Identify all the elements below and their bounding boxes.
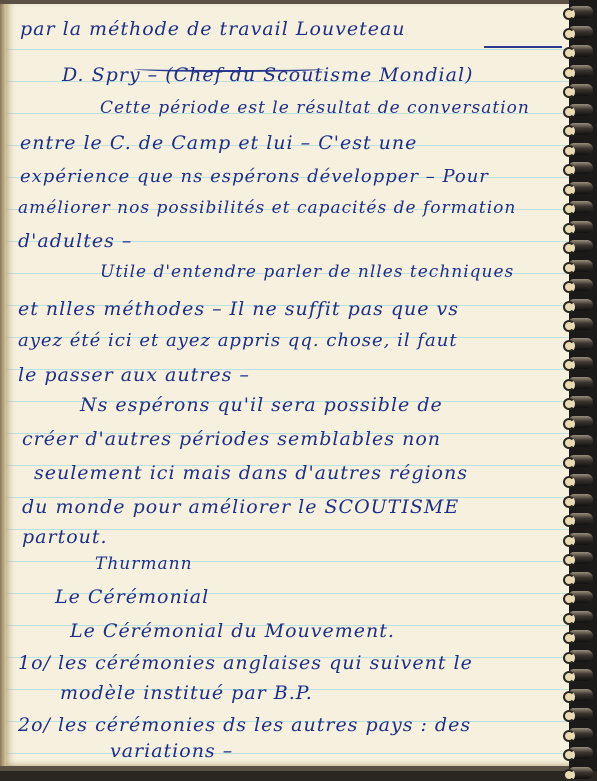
spiral-coil bbox=[569, 65, 593, 77]
handwritten-line: D. Spry – (Chef du Scoutisme Mondial) bbox=[62, 64, 473, 86]
handwritten-line: par la méthode de travail Louveteau bbox=[20, 18, 406, 40]
handwritten-line: Le Cérémonial du Mouvement. bbox=[70, 620, 395, 642]
spiral-coil bbox=[569, 84, 593, 96]
spiral-coil bbox=[569, 338, 593, 350]
spiral-coil bbox=[569, 474, 593, 486]
handwritten-line: améliorer nos possibilités et capacités … bbox=[18, 198, 516, 218]
spiral-coil bbox=[569, 377, 593, 389]
handwritten-line: et nlles méthodes – Il ne suffit pas que… bbox=[18, 298, 459, 320]
spiral-coil bbox=[569, 669, 593, 681]
spiral-coil bbox=[569, 104, 593, 116]
spiral-coil bbox=[569, 533, 593, 545]
spiral-coil bbox=[569, 591, 593, 603]
spiral-coil bbox=[569, 6, 593, 18]
spiral-coil bbox=[569, 630, 593, 642]
ruled-paper: par la méthode de travail LouveteauD. Sp… bbox=[6, 4, 572, 766]
handwritten-line: entre le C. de Camp et lui – C'est une bbox=[20, 132, 417, 154]
spiral-coil bbox=[569, 279, 593, 291]
notebook-photo: par la méthode de travail LouveteauD. Sp… bbox=[0, 0, 597, 771]
spiral-coil bbox=[569, 162, 593, 174]
handwritten-line: modèle institué par B.P. bbox=[60, 682, 313, 704]
spiral-coil bbox=[569, 552, 593, 564]
spiral-coil bbox=[569, 201, 593, 213]
handwritten-line: du monde pour améliorer le SCOUTISME bbox=[22, 496, 459, 518]
spiral-coil bbox=[569, 494, 593, 506]
handwritten-line: Cette période est le résultat de convers… bbox=[100, 98, 530, 118]
handwritten-line: 1o/ les cérémonies anglaises qui suivent… bbox=[18, 652, 473, 674]
spiral-coil bbox=[569, 299, 593, 311]
spiral-coil bbox=[569, 513, 593, 525]
spiral-coil bbox=[569, 611, 593, 623]
spiral-coil bbox=[569, 708, 593, 720]
spiral-coil bbox=[569, 416, 593, 428]
handwritten-line: ayez été ici et ayez appris qq. chose, i… bbox=[18, 330, 458, 351]
handwritten-line: Thurmann bbox=[95, 554, 193, 574]
handwritten-line: Le Cérémonial bbox=[55, 586, 209, 608]
spiral-coil bbox=[569, 767, 593, 772]
spiral-coil bbox=[569, 240, 593, 252]
spiral-coil bbox=[569, 650, 593, 662]
spiral-coil bbox=[569, 747, 593, 759]
handwritten-line: seulement ici mais dans d'autres régions bbox=[34, 462, 468, 484]
handwritten-line: d'adultes – bbox=[18, 230, 132, 252]
spiral-coil bbox=[569, 143, 593, 155]
spiral-coil bbox=[569, 357, 593, 369]
spiral-coil bbox=[569, 572, 593, 584]
handwritten-line: Utile d'entendre parler de nlles techniq… bbox=[100, 262, 514, 282]
spiral-coil bbox=[569, 455, 593, 467]
spiral-coil bbox=[569, 728, 593, 740]
handwritten-line: 2o/ les cérémonies ds les autres pays : … bbox=[18, 714, 471, 736]
handwritten-line: créer d'autres périodes semblables non bbox=[22, 428, 441, 450]
handwritten-line: partout. bbox=[22, 526, 108, 548]
spiral-coil bbox=[569, 221, 593, 233]
spiral-coil bbox=[569, 435, 593, 447]
spiral-coil bbox=[569, 123, 593, 135]
handwritten-line: variations – bbox=[110, 740, 233, 762]
handwritten-line: Ns espérons qu'il sera possible de bbox=[80, 394, 443, 416]
spiral-coil bbox=[569, 689, 593, 701]
spiral-coil bbox=[569, 318, 593, 330]
spiral-coil bbox=[569, 45, 593, 57]
handwritten-line: le passer aux autres – bbox=[18, 364, 250, 386]
spiral-coil bbox=[569, 260, 593, 272]
handwritten-rule bbox=[484, 46, 562, 48]
handwritten-line: expérience que ns espérons développer – … bbox=[20, 166, 489, 187]
spiral-coil bbox=[569, 396, 593, 408]
spiral-coil bbox=[569, 26, 593, 38]
spiral-coil bbox=[569, 182, 593, 194]
spiral-binding bbox=[569, 0, 597, 771]
